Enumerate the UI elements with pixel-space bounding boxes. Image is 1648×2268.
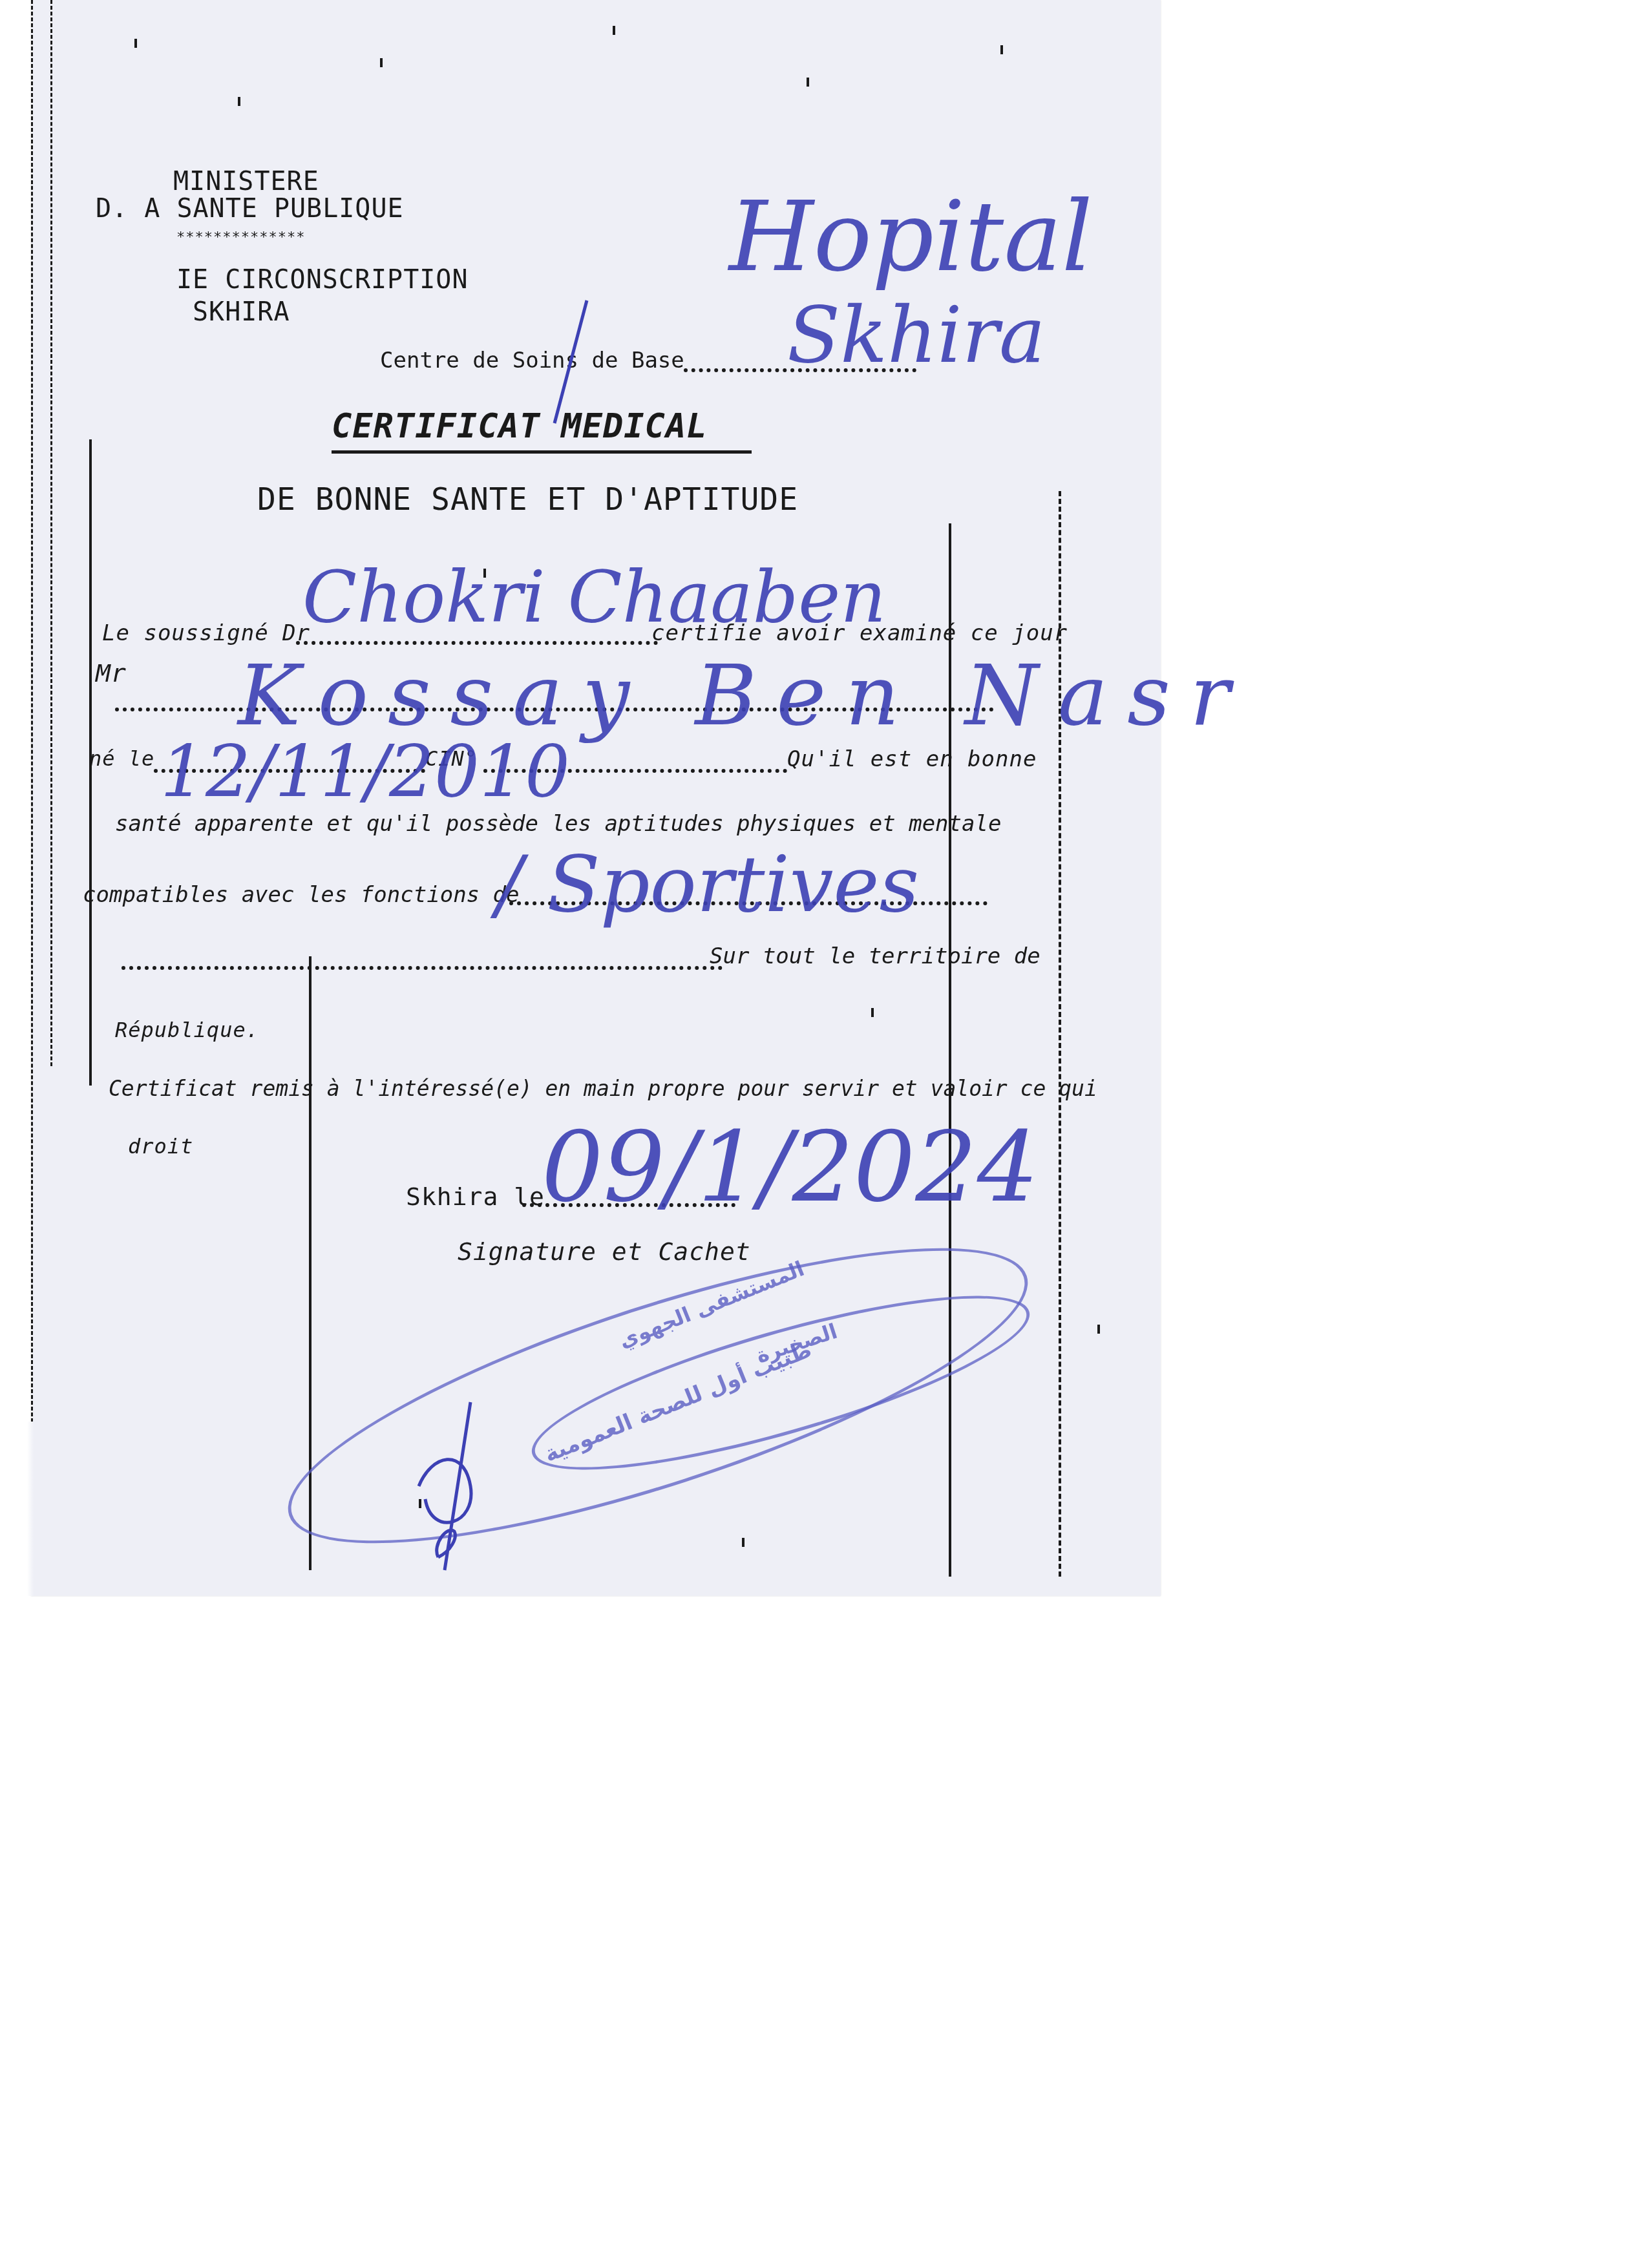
handwritten-function: / Sportives — [496, 840, 919, 930]
line9: droit — [128, 1134, 193, 1159]
line5-prefix: compatibles avec les fonctions de — [83, 882, 520, 908]
line3-prefix: né le — [89, 746, 154, 771]
line1-prefix: Le soussigné Dr — [102, 620, 310, 646]
scanned-certificate-page: MINISTERE D. A SANTE PUBLIQUE **********… — [31, 0, 1161, 1596]
scan-speck — [871, 1008, 874, 1017]
handwritten-doctor-name: Chokri Chaaben — [302, 556, 886, 638]
line6-dotted — [121, 966, 723, 970]
line2-prefix: Mr — [96, 659, 127, 688]
scan-speck — [807, 78, 809, 87]
left-margin-line-2 — [50, 0, 52, 1066]
line4: santé apparente et qu'il possède les apt… — [115, 811, 1001, 837]
ministry-line1: MINISTERE — [173, 167, 319, 196]
centre-label: Centre de Soins de Base — [380, 348, 684, 373]
handwritten-date: 09/1/2024 — [542, 1111, 1039, 1224]
scan-speck — [380, 58, 383, 67]
ministry-line2: D. A SANTE PUBLIQUE — [96, 194, 404, 224]
header-separator: ************** — [176, 229, 305, 246]
scan-speck — [613, 26, 615, 35]
certificate-subtitle: DE BONNE SANTE ET D'APTITUDE — [257, 481, 798, 518]
scan-speck — [742, 1538, 745, 1547]
title-underline — [332, 450, 752, 454]
scan-speck — [419, 1499, 421, 1508]
line1-dotted — [296, 641, 658, 645]
handwritten-birth-date: 12/11/2010 — [160, 730, 570, 813]
line6-suffix: Sur tout le territoire de — [710, 943, 1041, 969]
scan-speck — [134, 39, 137, 48]
line7: République. — [115, 1018, 259, 1042]
signature-label: Signature et Cachet — [458, 1237, 751, 1266]
town: SKHIRA — [193, 297, 290, 327]
handwritten-hospital: Hopital — [729, 181, 1093, 293]
scan-speck — [1000, 45, 1003, 54]
line3-suffix: Qu'il est en bonne — [787, 746, 1037, 772]
certificate-title: CERTIFICAT MEDICAL — [332, 407, 708, 446]
scan-speck — [1097, 1325, 1100, 1334]
circonscription: IE CIRCONSCRIPTION — [176, 265, 468, 295]
scan-speck — [483, 569, 486, 578]
doctor-signature — [393, 1376, 587, 1583]
left-margin-line — [31, 0, 33, 1486]
handwritten-town: Skhira — [787, 291, 1046, 381]
scan-speck — [238, 97, 240, 106]
line8: Certificat remis à l'intéressé(e) en mai… — [109, 1076, 1097, 1101]
